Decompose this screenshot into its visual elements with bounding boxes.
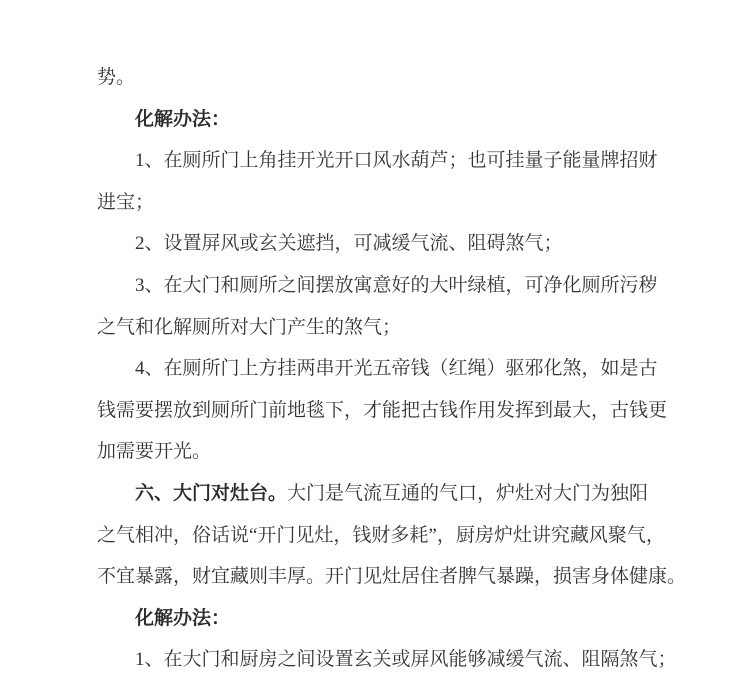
text-line: 3、在大门和厕所之间摆放寓意好的大叶绿植，可净化厕所污秽: [97, 265, 697, 307]
line-text: 之气和化解厕所对大门产生的煞气；: [97, 317, 401, 338]
line-text: 2、设置屏风或玄关遮挡，可减缓气流、阻碍煞气；: [135, 233, 563, 254]
line-text: 钱需要摆放到厕所门前地毯下，才能把古钱作用发挥到最大，古钱更: [97, 400, 667, 421]
line-text: 进宝；: [97, 192, 154, 213]
text-line: 1、在大门和厨房之间设置玄关或屏风能够减缓气流、阻隔煞气；: [97, 639, 697, 674]
line-text: 加需要开光。: [97, 441, 211, 462]
line-text: 化解办法：: [135, 109, 230, 130]
line-text: 大门是气流互通的气口，炉灶对大门为独阳: [287, 483, 648, 504]
text-line: 势。: [97, 57, 697, 99]
text-line: 化解办法：: [97, 598, 697, 640]
line-text: 化解办法：: [135, 608, 230, 629]
line-text: 不宜暴露，财宜藏则丰厚。开门见灶居住者脾气暴躁，损害身体健康。: [97, 566, 686, 587]
text-line: 加需要开光。: [97, 431, 697, 473]
line-text: 之气相冲，俗话说“开门见灶，钱财多耗”，厨房炉灶讲究藏风聚气，: [97, 525, 665, 546]
text-line: 钱需要摆放到厕所门前地毯下，才能把古钱作用发挥到最大，古钱更: [97, 390, 697, 432]
text-line: 2、设置屏风或玄关遮挡，可减缓气流、阻碍煞气；: [97, 223, 697, 265]
line-text: 1、在厕所门上角挂开光开口风水葫芦；也可挂量子能量牌招财: [135, 150, 658, 171]
line-bold-prefix: 六、大门对灶台。: [135, 483, 287, 504]
line-text: 3、在大门和厕所之间摆放寓意好的大叶绿植，可净化厕所污秽: [135, 275, 658, 296]
text-line: 1、在厕所门上角挂开光开口风水葫芦；也可挂量子能量牌招财: [97, 140, 697, 182]
text-line: 进宝；: [97, 182, 697, 224]
text-line: 之气相冲，俗话说“开门见灶，钱财多耗”，厨房炉灶讲究藏风聚气，: [97, 515, 697, 557]
text-line: 4、在厕所门上方挂两串开光五帝钱（红绳）驱邪化煞，如是古: [97, 348, 697, 390]
text-line: 不宜暴露，财宜藏则丰厚。开门见灶居住者脾气暴躁，损害身体健康。: [97, 556, 697, 598]
line-text: 1、在大门和厨房之间设置玄关或屏风能够减缓气流、阻隔煞气；: [135, 649, 677, 670]
text-line: 之气和化解厕所对大门产生的煞气；: [97, 307, 697, 349]
line-text: 势。: [97, 67, 135, 88]
document-page: 势。化解办法：1、在厕所门上角挂开光开口风水葫芦；也可挂量子能量牌招财进宝；2、…: [0, 0, 732, 674]
text-block: 势。化解办法：1、在厕所门上角挂开光开口风水葫芦；也可挂量子能量牌招财进宝；2、…: [97, 57, 697, 674]
text-line: 六、大门对灶台。大门是气流互通的气口，炉灶对大门为独阳: [97, 473, 697, 515]
line-text: 4、在厕所门上方挂两串开光五帝钱（红绳）驱邪化煞，如是古: [135, 358, 658, 379]
text-line: 化解办法：: [97, 99, 697, 141]
